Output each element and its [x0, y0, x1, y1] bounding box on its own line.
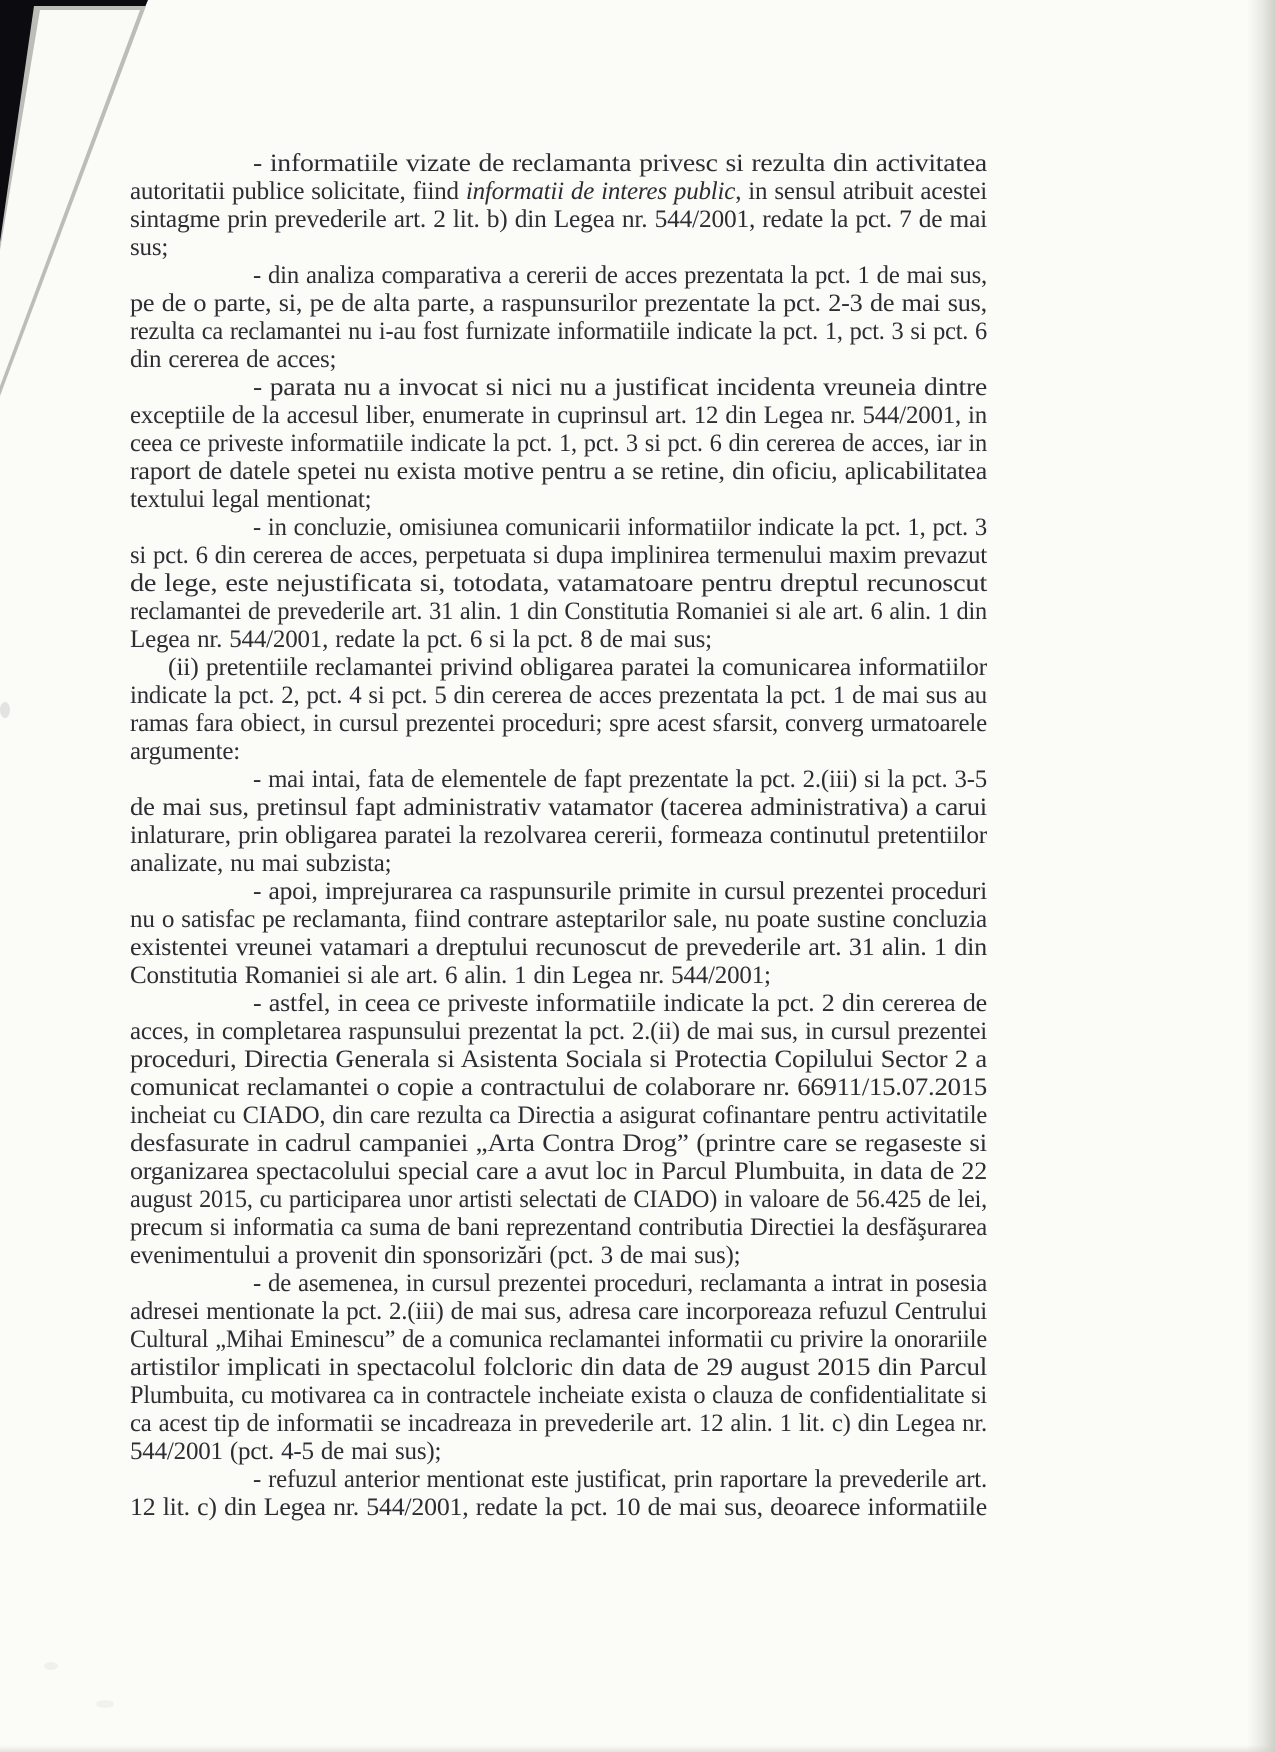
text-line: - apoi, imprejurarea ca raspunsurile pri…: [130, 878, 987, 906]
text-line: inlaturare, prin obligarea paratei la re…: [130, 822, 987, 850]
text-line: de mai sus, pretinsul fapt administrativ…: [130, 794, 987, 822]
text-line: incheiat cu CIADO, din care rezulta ca D…: [130, 1102, 987, 1130]
text-line: - astfel, in ceea ce priveste informatii…: [130, 990, 987, 1018]
text-line: ca acest tip de informatii se incadreaza…: [130, 1410, 987, 1438]
text-line: - mai intai, fata de elementele de fapt …: [130, 766, 987, 794]
paragraph: - din analiza comparativa a cererii de a…: [130, 262, 987, 374]
text-line: adresei mentionate la pct. 2.(iii) de ma…: [130, 1298, 987, 1326]
text-line: Legea nr. 544/2001, redate la pct. 6 si …: [130, 626, 987, 654]
text-line: textului legal mentionat;: [130, 486, 987, 514]
paragraph: (ii) pretentiile reclamantei privind obl…: [130, 654, 987, 766]
text-line: artistilor implicati in spectacolul folc…: [130, 1354, 987, 1382]
italic-phrase: informatii de interes public: [466, 178, 735, 205]
text-line: raport de datele spetei nu exista motive…: [130, 458, 987, 486]
text-line: ceea ce priveste informatiile indicate l…: [130, 430, 987, 458]
text-line: - de asemenea, in cursul prezentei proce…: [130, 1270, 987, 1298]
text-line: 544/2001 (pct. 4-5 de mai sus);: [130, 1438, 987, 1466]
text-line: precum si informatia ca suma de bani rep…: [130, 1214, 987, 1242]
text-line: - in concluzie, omisiunea comunicarii in…: [130, 514, 987, 542]
text-line: acces, in completarea raspunsului prezen…: [130, 1018, 987, 1046]
text-line: pe de o parte, si, pe de alta parte, a r…: [130, 290, 987, 318]
page-bottom-edge-shadow: [0, 1745, 1275, 1752]
text-line: autoritatii publice solicitate, fiind in…: [130, 178, 987, 206]
text-line: Cultural „Mihai Eminescu” de a comunica …: [130, 1326, 987, 1354]
scan-smudge: [96, 1700, 114, 1708]
text-line: sintagme prin prevederile art. 2 lit. b)…: [130, 206, 987, 234]
paragraph: - parata nu a invocat si nici nu a justi…: [130, 374, 987, 514]
text-line: ramas fara obiect, in cursul prezentei p…: [130, 710, 987, 738]
text-line: - din analiza comparativa a cererii de a…: [130, 262, 987, 290]
text-line: Plumbuita, cu motivarea ca in contractel…: [130, 1382, 987, 1410]
paragraph: - de asemenea, in cursul prezentei proce…: [130, 1270, 987, 1466]
text-line: argumente:: [130, 738, 987, 766]
text-line: Constitutia Romaniei si ale art. 6 alin.…: [130, 962, 987, 990]
text-line: nu o satisfac pe reclamanta, fiind contr…: [130, 906, 987, 934]
paragraph: - in concluzie, omisiunea comunicarii in…: [130, 514, 987, 654]
scan-smudge: [0, 702, 10, 718]
text-line: (ii) pretentiile reclamantei privind obl…: [130, 654, 987, 682]
scanned-page: { "page": { "background": "#fbfbf8", "te…: [0, 0, 1275, 1752]
page-right-edge-shadow: [1247, 0, 1275, 1752]
text-line: 12 lit. c) din Legea nr. 544/2001, redat…: [130, 1494, 987, 1522]
text-line: evenimentului a provenit din sponsorizăr…: [130, 1242, 987, 1270]
text-line: si pct. 6 din cererea de acces, perpetua…: [130, 542, 987, 570]
text-line: comunicat reclamantei o copie a contract…: [130, 1074, 987, 1102]
text-line: august 2015, cu participarea unor artist…: [130, 1186, 987, 1214]
document-text: - informatiile vizate de reclamanta priv…: [130, 150, 987, 1522]
paragraph: - apoi, imprejurarea ca raspunsurile pri…: [130, 878, 987, 990]
text-line: reclamantei de prevederile art. 31 alin.…: [130, 598, 987, 626]
text-line: - refuzul anterior mentionat este justif…: [130, 1466, 987, 1494]
text-line: proceduri, Directia Generala si Asistent…: [130, 1046, 987, 1074]
text-line: organizarea spectacolului special care a…: [130, 1158, 987, 1186]
paragraph: - mai intai, fata de elementele de fapt …: [130, 766, 987, 878]
text-line: rezulta ca reclamantei nu i-au fost furn…: [130, 318, 987, 346]
scan-smudge: [44, 1662, 58, 1670]
paragraph: - refuzul anterior mentionat este justif…: [130, 1466, 987, 1522]
text-line: din cererea de acces;: [130, 346, 987, 374]
text-line: existentei vreunei vatamari a dreptului …: [130, 934, 987, 962]
text-line: exceptiile de la accesul liber, enumerat…: [130, 402, 987, 430]
text-line: desfasurate in cadrul campaniei „Arta Co…: [130, 1130, 987, 1158]
paragraph: - astfel, in ceea ce priveste informatii…: [130, 990, 987, 1270]
text-line: analizate, nu mai subzista;: [130, 850, 987, 878]
text-line: - informatiile vizate de reclamanta priv…: [130, 150, 987, 178]
text-line: sus;: [130, 234, 987, 262]
text-line: indicate la pct. 2, pct. 4 si pct. 5 din…: [130, 682, 987, 710]
text-line: - parata nu a invocat si nici nu a justi…: [130, 374, 987, 402]
paragraph: - informatiile vizate de reclamanta priv…: [130, 150, 987, 262]
text-line: de lege, este nejustificata si, totodata…: [130, 570, 987, 598]
